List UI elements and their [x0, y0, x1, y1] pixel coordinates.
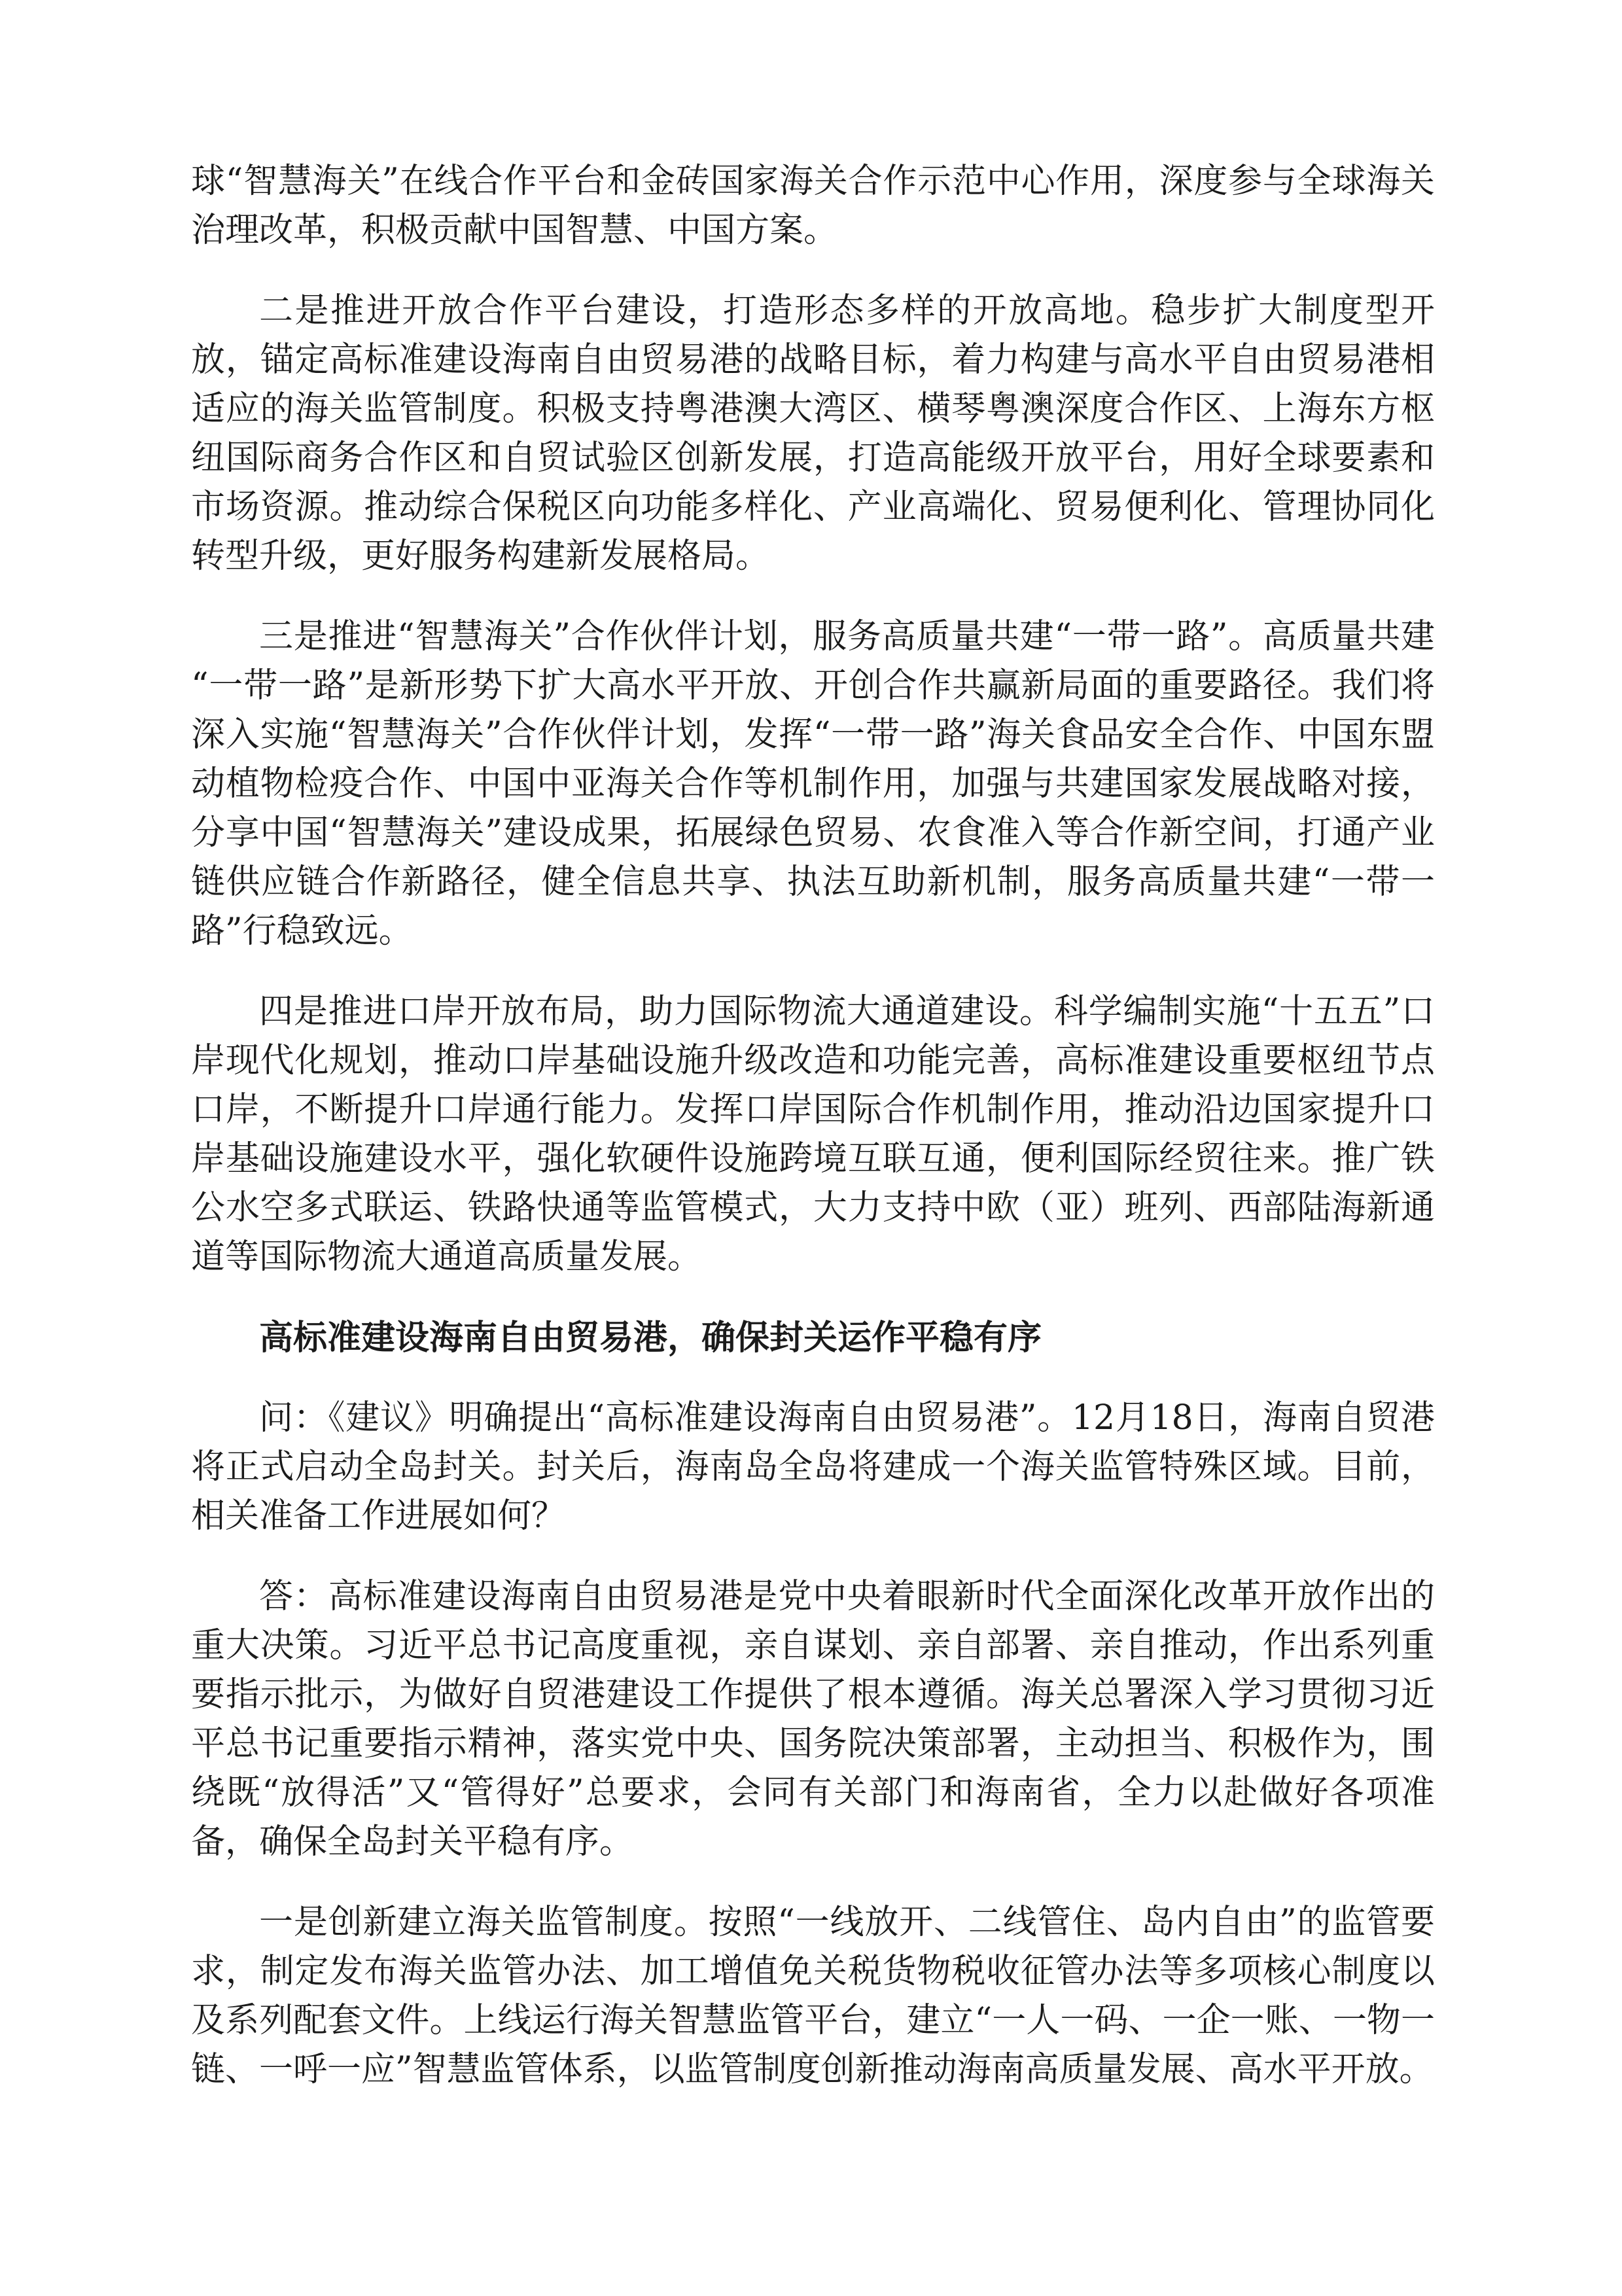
body-paragraph-point-one-hainan: 一是创新建立海关监管制度。按照“一线放开、二线管住、岛内自由”的监管要求，制定发…	[191, 1898, 1435, 2094]
document-page: 球“智慧海关”在线合作平台和金砖国家海关合作示范中心作用，深度参与全球海关治理改…	[0, 0, 1622, 2296]
body-paragraph-continuation: 球“智慧海关”在线合作平台和金砖国家海关合作示范中心作用，深度参与全球海关治理改…	[191, 157, 1435, 255]
answer-paragraph: 答：高标准建设海南自由贸易港是党中央着眼新时代全面深化改革开放作出的重大决策。习…	[191, 1572, 1435, 1867]
question-paragraph: 问：《建议》明确提出“高标准建设海南自由贸易港”。12月18日，海南自贸港将正式…	[191, 1394, 1435, 1541]
section-heading: 高标准建设海南自由贸易港，确保封关运作平稳有序	[191, 1313, 1435, 1362]
body-paragraph-point-four: 四是推进口岸开放布局，助力国际物流大通道建设。科学编制实施“十五五”口岸现代化规…	[191, 987, 1435, 1282]
body-paragraph-point-two: 二是推进开放合作平台建设，打造形态多样的开放高地。稳步扩大制度型开放，锚定高标准…	[191, 287, 1435, 581]
body-paragraph-point-three: 三是推进“智慧海关”合作伙伴计划，服务高质量共建“一带一路”。高质量共建“一带一…	[191, 612, 1435, 956]
